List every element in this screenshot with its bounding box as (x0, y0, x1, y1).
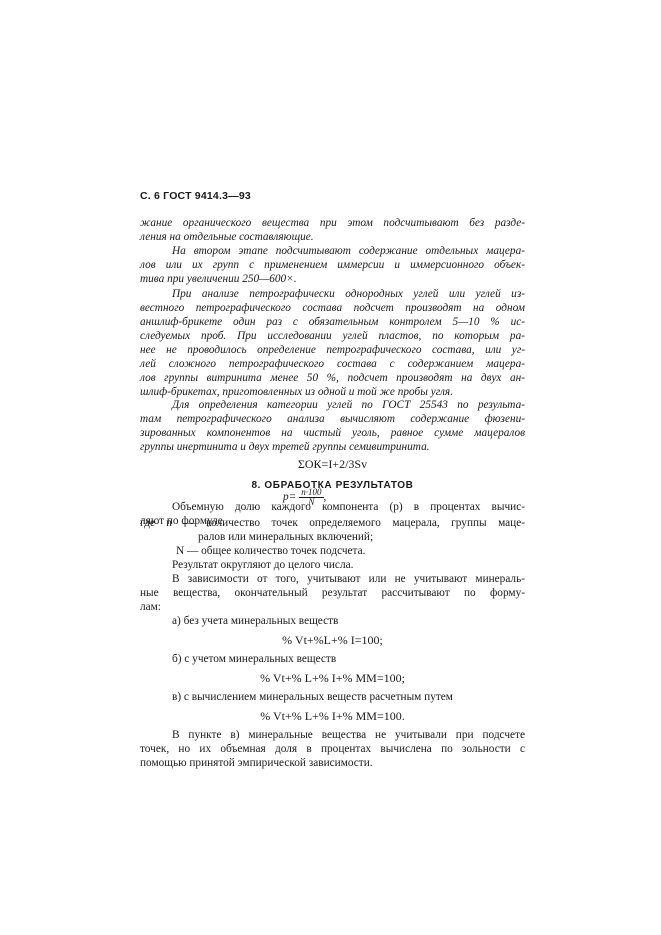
paragraph-line: Результат округляют до целого числа. (172, 558, 525, 572)
paragraph-line: лов группы витринита менее 50 %, подсчет… (140, 371, 525, 385)
paragraph-line: помощью принятой эмпирической зависимост… (140, 756, 525, 770)
paragraph-line: следуемых проб. При исследовании углей п… (140, 329, 525, 343)
paragraph-line: группы инертинита и двух третей группы с… (140, 440, 525, 454)
case-formula: % Vt+% L+% I+% MM=100; (140, 671, 525, 685)
paragraph-line: В пункте в) минеральные вещества не учит… (172, 728, 525, 742)
where-line: N — общее количество точек подсчета. (176, 544, 561, 558)
paragraph-line: зированных компонентов на чистый уголь, … (140, 426, 525, 440)
paragraph-line: там петрографического анализа вычисляют … (140, 412, 525, 426)
paragraph-line: точек, но их объемная доля в процентах в… (140, 742, 525, 756)
paragraph-line: лов или их групп с применением иммерсии … (140, 258, 525, 272)
paragraph-line: вестного петрографического состава подсч… (140, 301, 525, 315)
paragraph-line: шлиф-брикетах, приготовленных из одной и… (140, 385, 525, 399)
document-page: С. 6 ГОСТ 9414.3—93 жание органического … (0, 0, 661, 935)
case-label: а) без учета минеральных веществ (172, 614, 525, 628)
formula-p: p=n·100N, (283, 488, 383, 507)
paragraph-line: Для определения категории углей по ГОСТ … (172, 398, 525, 412)
case-label: б) с учетом минеральных веществ (172, 652, 525, 666)
paragraph-line: В зависимости от того, учитывают или не … (172, 572, 525, 586)
paragraph-line: лей сложного петрографического состава с… (140, 357, 525, 371)
paragraph-line: жание органического вещества при этом по… (140, 216, 525, 230)
paragraph-line: лам: (140, 600, 525, 614)
case-formula: % Vt+% L+% I+% MM=100. (140, 709, 525, 723)
where-line: где n — количество точек определяемого м… (140, 516, 525, 530)
fraction: n·100N (299, 488, 323, 507)
paragraph-line: ные вещества, окончательный результат ра… (140, 586, 525, 600)
paragraph-line: аншлиф-брикете один раз с обязательным к… (140, 315, 525, 329)
case-formula: % Vt+%L+% I=100; (140, 633, 525, 647)
where-line: ралов или минеральных включений; (198, 530, 583, 544)
formula-sok: ΣОК=I+2/3Sv (140, 457, 525, 471)
case-label: в) с вычислением минеральных веществ рас… (172, 690, 525, 704)
paragraph-line: нее не проводилось определение петрограф… (140, 343, 525, 357)
paragraph-line: тива при увеличении 250—600×. (140, 272, 525, 286)
paragraph-line: При анализе петрографически однородных у… (172, 287, 525, 301)
paragraph-line: ления на отдельные составляющие. (140, 230, 525, 244)
paragraph-line: На втором этапе подсчитывают содержание … (172, 244, 525, 258)
page-header: С. 6 ГОСТ 9414.3—93 (140, 190, 251, 202)
